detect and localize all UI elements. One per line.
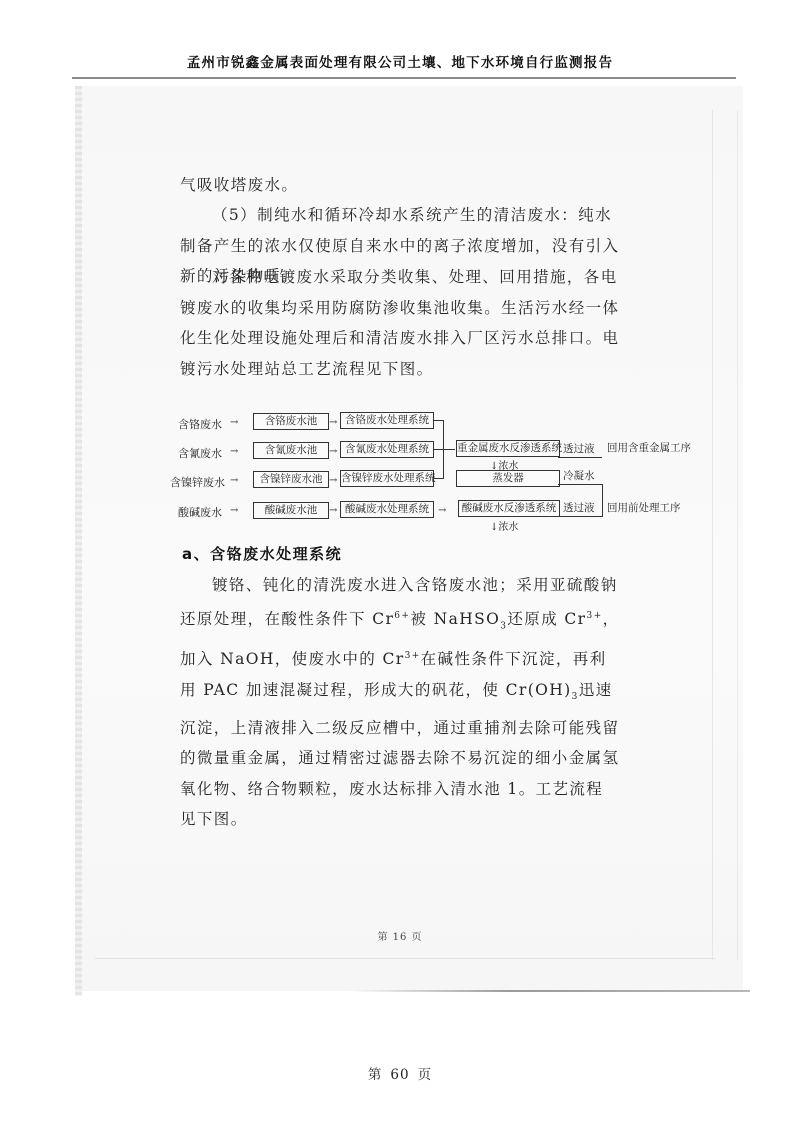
scan-bottom-rule: [95, 958, 715, 959]
concentrate-label-2: ↓浓水: [490, 518, 518, 533]
paragraph-gas-tower: 气吸收塔废水。: [180, 170, 620, 201]
permeate-label: 透过液: [563, 500, 595, 515]
reuse-pretreatment-process: 回用前处理工序: [607, 500, 681, 515]
pool-nickel-zinc: 含镍锌废水池: [253, 471, 329, 488]
scan-frame-right: [712, 110, 738, 960]
input-nickel-zinc: 含镍锌废水: [170, 474, 225, 490]
paragraph-text: 气吸收塔废水。: [180, 176, 298, 194]
arrow-right-icon: →: [230, 506, 238, 516]
system-nickel-zinc: 含镍锌废水处理系统: [340, 470, 434, 487]
page-number: 第60页: [0, 1063, 800, 1083]
connector-line: [558, 484, 602, 485]
system-acid-base: 酸碱废水处理系统: [340, 501, 434, 518]
connector-line: [558, 516, 602, 517]
connector-line: [443, 449, 455, 450]
concentrate-text: 浓水: [498, 522, 518, 533]
page-suffix: 页: [418, 1067, 433, 1083]
input-acid-base: 酸碱废水: [178, 504, 222, 520]
scan-edge-left: [75, 86, 82, 996]
reuse-heavy-metal-process: 回用含重金属工序: [607, 440, 691, 455]
text-run: 被 NaHSO: [410, 610, 500, 628]
arrow-right-icon: →: [329, 418, 337, 428]
scan-bottom-shadow: [350, 990, 750, 992]
superscript: 3+: [587, 611, 603, 621]
page-prefix: 第: [368, 1067, 383, 1083]
input-chromium: 含铬废水: [178, 416, 222, 432]
pool-cyanide: 含氰废水池: [253, 442, 329, 459]
superscript: 3+: [405, 651, 421, 661]
condensate-label: 冷凝水: [563, 468, 595, 483]
text-run: 迅速沉淀，上清液排入二级反应槽中，通过重捕剂去除可能残留的微量重金属，通过精密过…: [180, 681, 619, 828]
superscript: 6+: [394, 611, 410, 621]
arrow-right-icon: →: [230, 418, 238, 428]
arrow-right-icon: →: [329, 506, 337, 516]
report-header-title: 孟州市锐鑫金属表面处理有限公司土壤、地下水环境自行监测报告: [0, 51, 800, 71]
arrow-right-icon: →: [438, 506, 446, 516]
subscript: 3: [572, 692, 579, 702]
page-number-value: 60: [390, 1067, 409, 1083]
arrow-right-icon: →: [230, 476, 238, 486]
section-heading-chromium-system: a、含铬废水处理系统: [182, 543, 342, 564]
connector-line: [602, 484, 603, 517]
arrow-right-icon: →: [329, 476, 337, 486]
process-flow-diagram: 含铬废水 → 含铬废水池 → 含铬废水处理系统 含氰废水 → 含氰废水池 → 含…: [170, 410, 710, 535]
header-divider: [72, 77, 736, 79]
system-cyanide: 含氰废水处理系统: [340, 441, 434, 458]
paragraph-text: 对各种电镀废水采取分类收集、处理、回用措施，各电镀废水的收集均采用防腐防渗收集池…: [180, 268, 619, 378]
permeate-label: 透过液: [563, 441, 595, 456]
connector-line: [433, 478, 443, 479]
scanned-page-number: 第 16 页: [0, 928, 800, 943]
pool-acid-base: 酸碱废水池: [253, 502, 329, 519]
connector-line: [558, 457, 602, 458]
item-number: （5）: [212, 206, 257, 224]
connector-line: [433, 420, 443, 421]
text-run: 还原成 Cr: [507, 610, 586, 628]
paragraph-chromium-process: 镀铬、钝化的清洗废水进入含铬废水池；采用亚硫酸钠还原处理，在酸性条件下 Cr6+…: [180, 570, 620, 835]
paragraph-wastewater-collection: 对各种电镀废水采取分类收集、处理、回用措施，各电镀废水的收集均采用防腐防渗收集池…: [180, 262, 620, 384]
connector-line: [433, 449, 443, 450]
input-cyanide: 含氰废水: [178, 445, 222, 461]
evaporator: 蒸发器: [456, 470, 560, 487]
heavy-metal-ro-system: 重金属废水反渗透系统: [456, 440, 560, 457]
pool-chromium: 含铬废水池: [253, 413, 329, 430]
system-chromium: 含铬废水处理系统: [340, 412, 434, 429]
arrow-right-icon: →: [230, 447, 238, 457]
arrow-right-icon: →: [329, 447, 337, 457]
acid-base-ro-system: 酸碱废水反渗透系统: [458, 500, 560, 517]
